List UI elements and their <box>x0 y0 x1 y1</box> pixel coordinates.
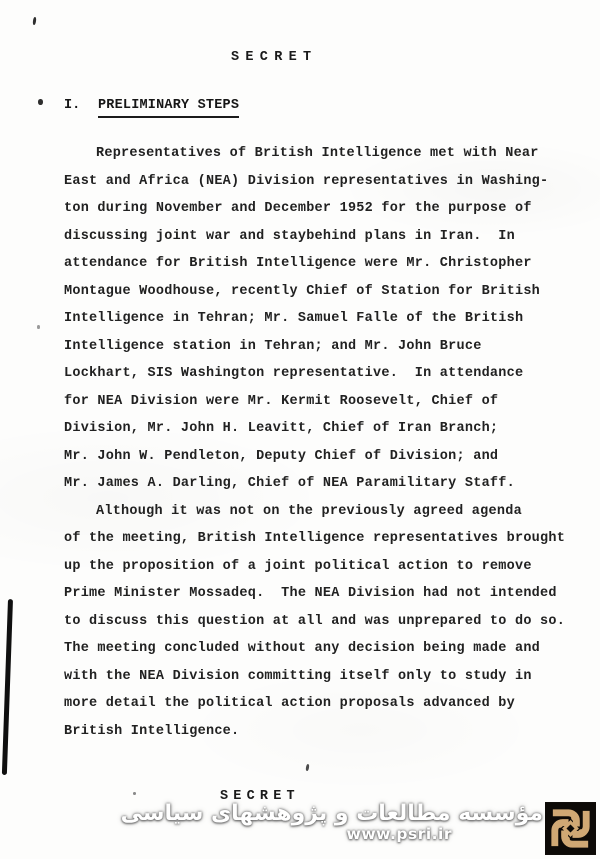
section-numeral: I. <box>64 98 98 113</box>
document-line: Lockhart, SIS Washington representative.… <box>64 360 569 388</box>
pen-mark-artifact <box>2 599 13 775</box>
ink-speck <box>133 792 136 795</box>
logo-dot-pattern <box>556 814 584 842</box>
logo-hook-pattern <box>553 811 588 846</box>
document-line: East and Africa (NEA) Division represent… <box>64 168 569 196</box>
section-title: PRELIMINARY STEPS <box>98 98 239 118</box>
document-line: British Intelligence. <box>64 718 569 746</box>
document-line: for NEA Division were Mr. Kermit Rooseve… <box>64 388 569 416</box>
document-line: up the proposition of a joint political … <box>64 553 569 581</box>
document-line: discussing joint war and staybehind plan… <box>64 223 569 251</box>
document-line: attendance for British Intelligence were… <box>64 250 569 278</box>
document-line: Although it was not on the previously ag… <box>64 498 569 526</box>
ink-speck <box>38 99 43 105</box>
document-line: with the NEA Division committing itself … <box>64 663 569 691</box>
document-line: to discuss this question at all and was … <box>64 608 569 636</box>
ink-speck <box>32 17 36 25</box>
ink-speck <box>305 764 309 771</box>
classification-header: SECRET <box>231 50 317 65</box>
watermark-organization-text: مؤسسه مطالعات و پژوهشهای سیاسی <box>121 801 543 826</box>
document-line: Prime Minister Mossadeq. The NEA Divisio… <box>64 580 569 608</box>
document-line: Mr. James A. Darling, Chief of NEA Param… <box>64 470 569 498</box>
scanned-document-page: SECRET I.PRELIMINARY STEPS Representativ… <box>0 0 600 859</box>
document-line: ton during November and December 1952 fo… <box>64 195 569 223</box>
document-line: Intelligence in Tehran; Mr. Samuel Falle… <box>64 305 569 333</box>
classification-footer: SECRET <box>220 789 300 804</box>
document-line: Montague Woodhouse, recently Chief of St… <box>64 278 569 306</box>
document-body: Representatives of British Intelligence … <box>64 140 569 745</box>
document-line: of the meeting, British Intelligence rep… <box>64 525 569 553</box>
document-line: Division, Mr. John H. Leavitt, Chief of … <box>64 415 569 443</box>
document-line: Mr. John W. Pendleton, Deputy Chief of D… <box>64 443 569 471</box>
psri-watermark: مؤسسه مطالعات و پژوهشهای سیاسی www.psri.… <box>0 799 600 859</box>
section-heading: I.PRELIMINARY STEPS <box>64 98 239 118</box>
logo-background <box>545 802 596 855</box>
logo-center-diamond <box>564 822 576 834</box>
watermark-url-text: www.psri.ir <box>347 825 452 843</box>
ink-speck <box>37 325 40 329</box>
psri-logo-icon <box>545 802 596 855</box>
document-line: Representatives of British Intelligence … <box>64 140 569 168</box>
document-line: The meeting concluded without any decisi… <box>64 635 569 663</box>
document-line: more detail the political action proposa… <box>64 690 569 718</box>
document-line: Intelligence station in Tehran; and Mr. … <box>64 333 569 361</box>
